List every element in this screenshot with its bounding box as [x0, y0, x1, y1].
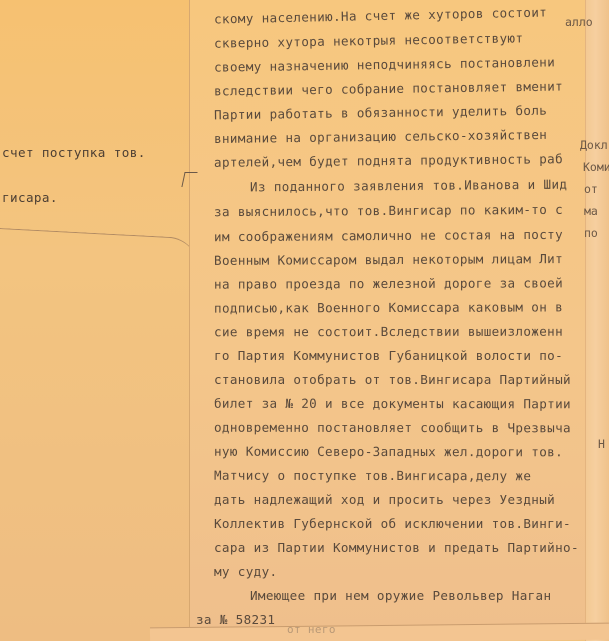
text-line: на право проезда по железной дороге за с…: [214, 275, 563, 291]
right-page-fragment: по: [584, 226, 598, 240]
bottom-fragment: от него: [287, 623, 336, 636]
text-line: за выяснилось,что тов.Вингисар по каким-…: [214, 202, 563, 219]
text-line: за № 58231: [196, 612, 275, 627]
text-line: своему назначению неподчиняясь постановл…: [214, 54, 555, 74]
right-page-fragment: ма: [584, 204, 598, 218]
text-line: внимание на организацию сельско-хозяйств…: [214, 127, 547, 146]
text-line: скверно хутора некотрыя несоответствуют: [214, 30, 524, 50]
main-page-sheet: скому населению.На счет же хуторов состо…: [190, 0, 585, 632]
text-line: вследствии чего собрание постановляет вм…: [214, 79, 563, 99]
right-page-fragment: алло: [565, 15, 593, 29]
text-line: Имеющее при нем оружие Револьвер Наган: [250, 588, 551, 603]
text-line: му суду.: [214, 564, 277, 579]
page-edge: [0, 228, 200, 269]
right-page-fragment: Коми: [583, 160, 609, 174]
text-line: Военным Комиссаром выдал некоторым лицам…: [214, 251, 563, 268]
text-line: скому населению.На счет же хуторов состо…: [214, 5, 547, 27]
text-line: Партии работать в обязанности уделить бо…: [214, 103, 547, 123]
text-line: одновременно постановляет сообщить в Чре…: [214, 420, 571, 436]
right-page-fragment: Н: [598, 437, 605, 451]
right-page-sheet: [585, 0, 609, 641]
text-line: ную Комиссию Северо-Западных жел.дороги …: [214, 444, 563, 460]
text-line: сие время не состоит.Вследствии вышеизло…: [214, 324, 563, 340]
text-line: го Партия Коммунистов Губаницкой волости…: [214, 348, 563, 363]
text-line: становила отобрать от тов.Вингисара Парт…: [214, 372, 571, 387]
text-line: билет за № 20 и все документы касающия П…: [214, 396, 571, 412]
right-page-fragment: от: [584, 182, 598, 196]
left-page-line: счет поступка тов.: [2, 145, 146, 160]
left-page-line: гисара.: [2, 190, 58, 205]
text-line: Из поданного заявления тов.Иванова и Шид: [250, 177, 567, 195]
text-line: артелей,чем будет поднята продуктивность…: [214, 151, 563, 170]
text-line: Коллектив Губернской об исключении тов.В…: [214, 516, 571, 531]
text-line: подписью,как Военного Комиссара каковым …: [214, 299, 563, 315]
left-page-sheet: счет поступка тов. гисара.: [0, 0, 195, 641]
text-line: сара из Партии Коммунистов и предать Пар…: [214, 540, 579, 555]
text-line: им соображениям самолично не состая на п…: [214, 227, 563, 244]
text-line: Матчису о поступке тов.Вингисара,делу же: [214, 468, 531, 484]
text-line: дать надлежащий ход и просить через Уезд…: [214, 492, 555, 507]
right-page-fragment: Докл: [580, 138, 608, 152]
